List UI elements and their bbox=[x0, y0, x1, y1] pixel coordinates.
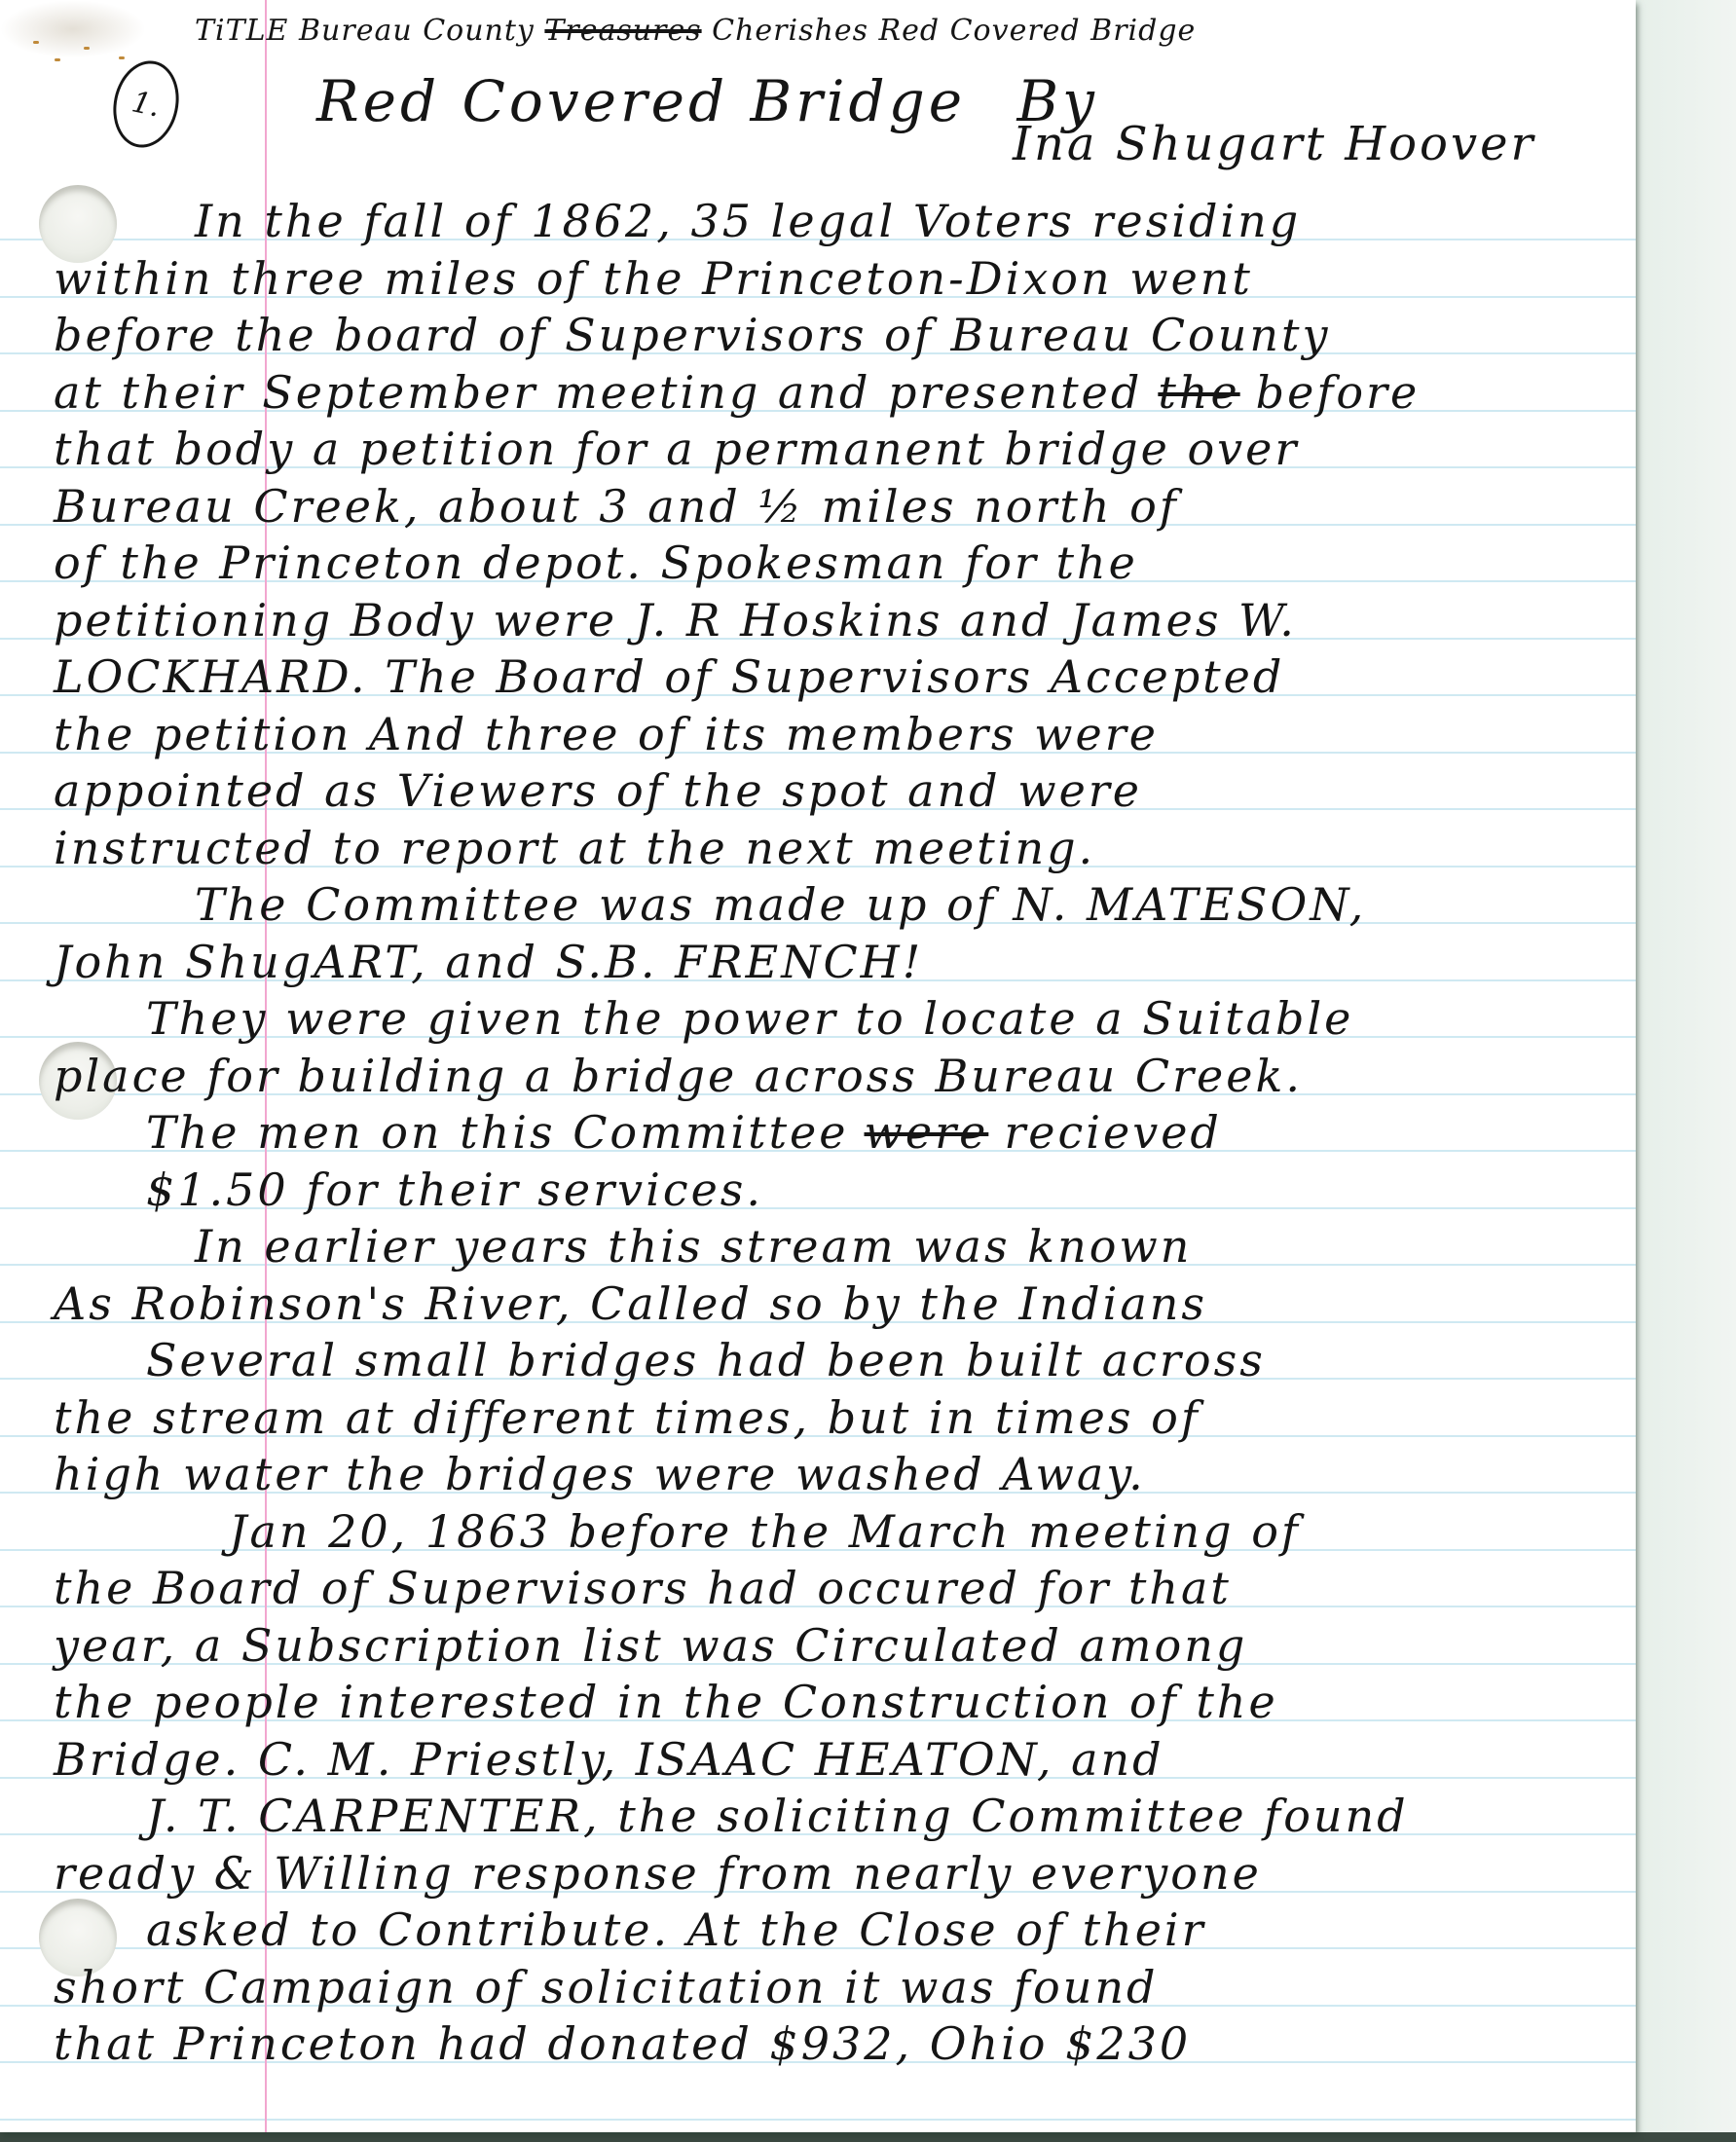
handwritten-line: the stream at different times, but in ti… bbox=[54, 1391, 1200, 1444]
line-text: Bridge. C. M. Priestly, ISAAC HEATON, an… bbox=[54, 1733, 1164, 1786]
title-text-after: Cherishes Red Covered Bridge bbox=[712, 14, 1196, 48]
handwritten-line: John ShugART, and S.B. FRENCH! bbox=[54, 936, 923, 988]
handwritten-line: ready & Willing response from nearly eve… bbox=[54, 1847, 1262, 1900]
line-text: In earlier years this stream was known bbox=[195, 1220, 1192, 1273]
handwritten-line: the petition And three of its members we… bbox=[54, 708, 1159, 760]
line-text: the people interested in the Constructio… bbox=[54, 1676, 1278, 1728]
scanner-background bbox=[1636, 0, 1736, 2142]
line-text-after: recieved bbox=[1004, 1106, 1222, 1159]
heading-text: Red Covered Bridge bbox=[316, 68, 966, 134]
line-text: Jan 20, 1863 before the March meeting of bbox=[229, 1505, 1301, 1558]
rust-spot bbox=[119, 56, 125, 59]
handwritten-line: In earlier years this stream was known bbox=[195, 1220, 1192, 1273]
line-text: $1.50 for their services. bbox=[146, 1163, 763, 1216]
line-text: Bureau Creek, about 3 and ½ miles north … bbox=[54, 480, 1179, 533]
handwritten-line: the Board of Supervisors had occured for… bbox=[54, 1562, 1232, 1614]
handwritten-line: short Campaign of solicitation it was fo… bbox=[54, 1961, 1158, 2013]
scanner-background-bottom bbox=[0, 2132, 1736, 2142]
line-text: of the Princeton depot. Spokesman for th… bbox=[54, 536, 1138, 589]
punch-hole-top bbox=[39, 185, 117, 263]
line-text: asked to Contribute. At the Close of the… bbox=[146, 1903, 1206, 1956]
struck-word: the bbox=[1158, 366, 1239, 419]
line-text: year, a Subscription list was Circulated… bbox=[54, 1619, 1247, 1672]
line-text: that Princeton had donated $932, Ohio $2… bbox=[54, 2017, 1191, 2070]
line-text: LOCKHARD. The Board of Supervisors Accep… bbox=[54, 650, 1284, 703]
line-text: the petition And three of its members we… bbox=[54, 708, 1159, 760]
line-text: appointed as Viewers of the spot and wer… bbox=[54, 764, 1142, 817]
handwritten-line: $1.50 for their services. bbox=[146, 1163, 763, 1216]
line-text: Several small bridges had been built acr… bbox=[146, 1334, 1266, 1386]
handwritten-line: before the board of Supervisors of Burea… bbox=[54, 309, 1330, 361]
handwritten-line: As Robinson's River, Called so by the In… bbox=[54, 1277, 1207, 1330]
handwritten-line: that body a petition for a permanent bri… bbox=[54, 423, 1299, 475]
handwritten-line: In the fall of 1862, 35 legal Voters res… bbox=[195, 195, 1301, 247]
paper-stain bbox=[0, 0, 146, 58]
handwritten-line: within three miles of the Princeton-Dixo… bbox=[54, 252, 1253, 305]
line-text: They were given the power to locate a Su… bbox=[146, 992, 1353, 1045]
handwritten-line: the people interested in the Constructio… bbox=[54, 1676, 1278, 1728]
handwritten-line: appointed as Viewers of the spot and wer… bbox=[54, 764, 1142, 817]
handwritten-line: The Committee was made up of N. MATESON, bbox=[195, 878, 1366, 931]
title-text-before: Bureau County bbox=[299, 14, 535, 48]
handwritten-line: instructed to report at the next meeting… bbox=[54, 822, 1095, 874]
handwritten-line: Bridge. C. M. Priestly, ISAAC HEATON, an… bbox=[54, 1733, 1164, 1786]
handwritten-line: J. T. CARPENTER, the soliciting Committe… bbox=[146, 1790, 1409, 1842]
line-text: John ShugART, and S.B. FRENCH! bbox=[54, 936, 923, 988]
ruled-line bbox=[0, 2119, 1636, 2121]
page-number: 1. bbox=[129, 85, 163, 124]
document-heading: Red Covered Bridge By bbox=[316, 68, 1098, 134]
handwritten-line: They were given the power to locate a Su… bbox=[146, 992, 1353, 1045]
handwritten-line: at their September meeting and presented… bbox=[54, 366, 1420, 419]
handwritten-page: TiTLE Bureau County Treasures Cherishes … bbox=[0, 0, 1636, 2132]
handwritten-line: The men on this Committeewererecieved bbox=[146, 1106, 1222, 1159]
line-text: As Robinson's River, Called so by the In… bbox=[54, 1277, 1207, 1330]
line-text: place for building a bridge across Burea… bbox=[54, 1050, 1303, 1102]
line-text: ready & Willing response from nearly eve… bbox=[54, 1847, 1262, 1900]
handwritten-line: Bureau Creek, about 3 and ½ miles north … bbox=[54, 480, 1179, 533]
rust-spot bbox=[55, 58, 60, 61]
line-text: petitioning Body were J. R Hoskins and J… bbox=[54, 594, 1297, 646]
handwritten-line: year, a Subscription list was Circulated… bbox=[54, 1619, 1247, 1672]
handwritten-line: Jan 20, 1863 before the March meeting of bbox=[229, 1505, 1301, 1558]
line-text: J. T. CARPENTER, the soliciting Committe… bbox=[146, 1790, 1409, 1842]
title-label: TiTLE bbox=[195, 14, 288, 48]
rust-spot bbox=[84, 47, 90, 50]
line-text: instructed to report at the next meeting… bbox=[54, 822, 1095, 874]
title-line: TiTLE Bureau County Treasures Cherishes … bbox=[195, 14, 1196, 48]
author-name: Ina Shugart Hoover bbox=[1013, 117, 1535, 171]
line-text-after: before bbox=[1256, 366, 1421, 419]
line-text: the stream at different times, but in ti… bbox=[54, 1391, 1200, 1444]
line-text: short Campaign of solicitation it was fo… bbox=[54, 1961, 1158, 2013]
struck-word: were bbox=[865, 1106, 989, 1159]
handwritten-line: of the Princeton depot. Spokesman for th… bbox=[54, 536, 1138, 589]
line-text: The men on this Committee bbox=[146, 1106, 849, 1159]
handwritten-line: asked to Contribute. At the Close of the… bbox=[146, 1903, 1206, 1956]
page-number-circle: 1. bbox=[105, 55, 186, 154]
line-text: within three miles of the Princeton-Dixo… bbox=[54, 252, 1253, 305]
handwritten-line: petitioning Body were J. R Hoskins and J… bbox=[54, 594, 1297, 646]
line-text: In the fall of 1862, 35 legal Voters res… bbox=[195, 195, 1301, 247]
line-text: before the board of Supervisors of Burea… bbox=[54, 309, 1330, 361]
handwritten-line: that Princeton had donated $932, Ohio $2… bbox=[54, 2017, 1191, 2070]
title-struck-word: Treasures bbox=[544, 14, 701, 48]
rust-spot bbox=[33, 41, 39, 44]
line-text: the Board of Supervisors had occured for… bbox=[54, 1562, 1232, 1614]
handwritten-line: high water the bridges were washed Away. bbox=[54, 1448, 1146, 1500]
line-text: The Committee was made up of N. MATESON, bbox=[195, 878, 1366, 931]
line-text: that body a petition for a permanent bri… bbox=[54, 423, 1299, 475]
line-text: high water the bridges were washed Away. bbox=[54, 1448, 1146, 1500]
line-text: at their September meeting and presented bbox=[54, 366, 1142, 419]
handwritten-line: LOCKHARD. The Board of Supervisors Accep… bbox=[54, 650, 1284, 703]
handwritten-line: place for building a bridge across Burea… bbox=[54, 1050, 1303, 1102]
handwritten-line: Several small bridges had been built acr… bbox=[146, 1334, 1266, 1386]
